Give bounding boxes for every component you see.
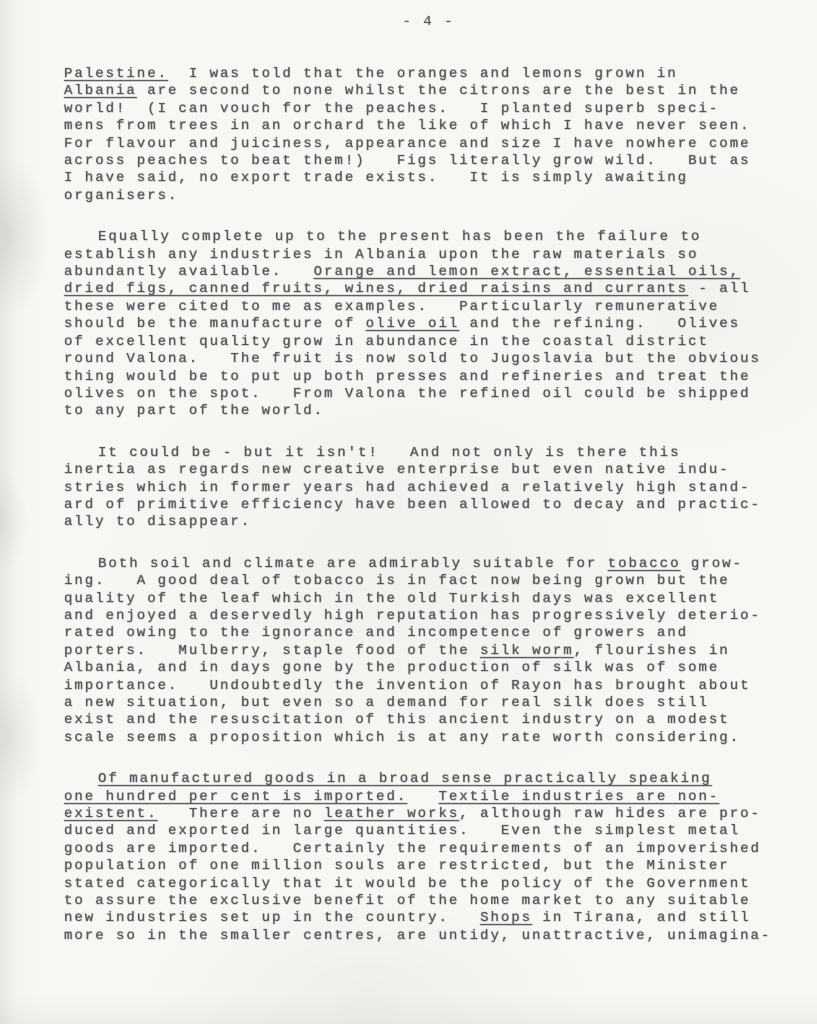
text-segment: are second to none whilst the citrons ar… bbox=[64, 83, 751, 203]
text-segment: It could be - but it isn't! And not only… bbox=[64, 445, 761, 531]
underlined-text-segment: Albania bbox=[64, 83, 137, 99]
text-segment: There are no bbox=[158, 806, 324, 822]
scanned-document-page: - 4 - Palestine. I was told that the ora… bbox=[0, 0, 817, 1024]
text-segment bbox=[407, 789, 438, 805]
underlined-text-segment: Palestine. bbox=[64, 66, 168, 82]
page-number: - 4 - bbox=[64, 14, 793, 30]
document-body: Palestine. I was told that the oranges a… bbox=[64, 66, 793, 945]
paragraph: Both soil and climate are admirably suit… bbox=[64, 556, 793, 747]
text-segment: I was told that the oranges and lemons g… bbox=[168, 66, 678, 82]
text-segment: , although raw hides are pro- duced and … bbox=[64, 806, 761, 926]
paragraph: Equally complete up to the present has b… bbox=[64, 229, 793, 420]
page-content: - 4 - Palestine. I was told that the ora… bbox=[0, 0, 817, 945]
underlined-text-segment: leather works bbox=[324, 806, 459, 822]
underlined-text-segment: silk worm bbox=[480, 643, 574, 659]
underlined-text-segment: olive oil bbox=[366, 316, 460, 332]
text-segment: Both soil and climate are admirably suit… bbox=[98, 556, 608, 572]
underlined-text-segment: tobacco bbox=[608, 556, 681, 572]
paragraph: Of manufactured goods in a broad sense p… bbox=[64, 771, 793, 945]
paragraph: Palestine. I was told that the oranges a… bbox=[64, 66, 793, 205]
underlined-text-segment: Shops bbox=[480, 910, 532, 926]
paragraph: It could be - but it isn't! And not only… bbox=[64, 445, 793, 532]
